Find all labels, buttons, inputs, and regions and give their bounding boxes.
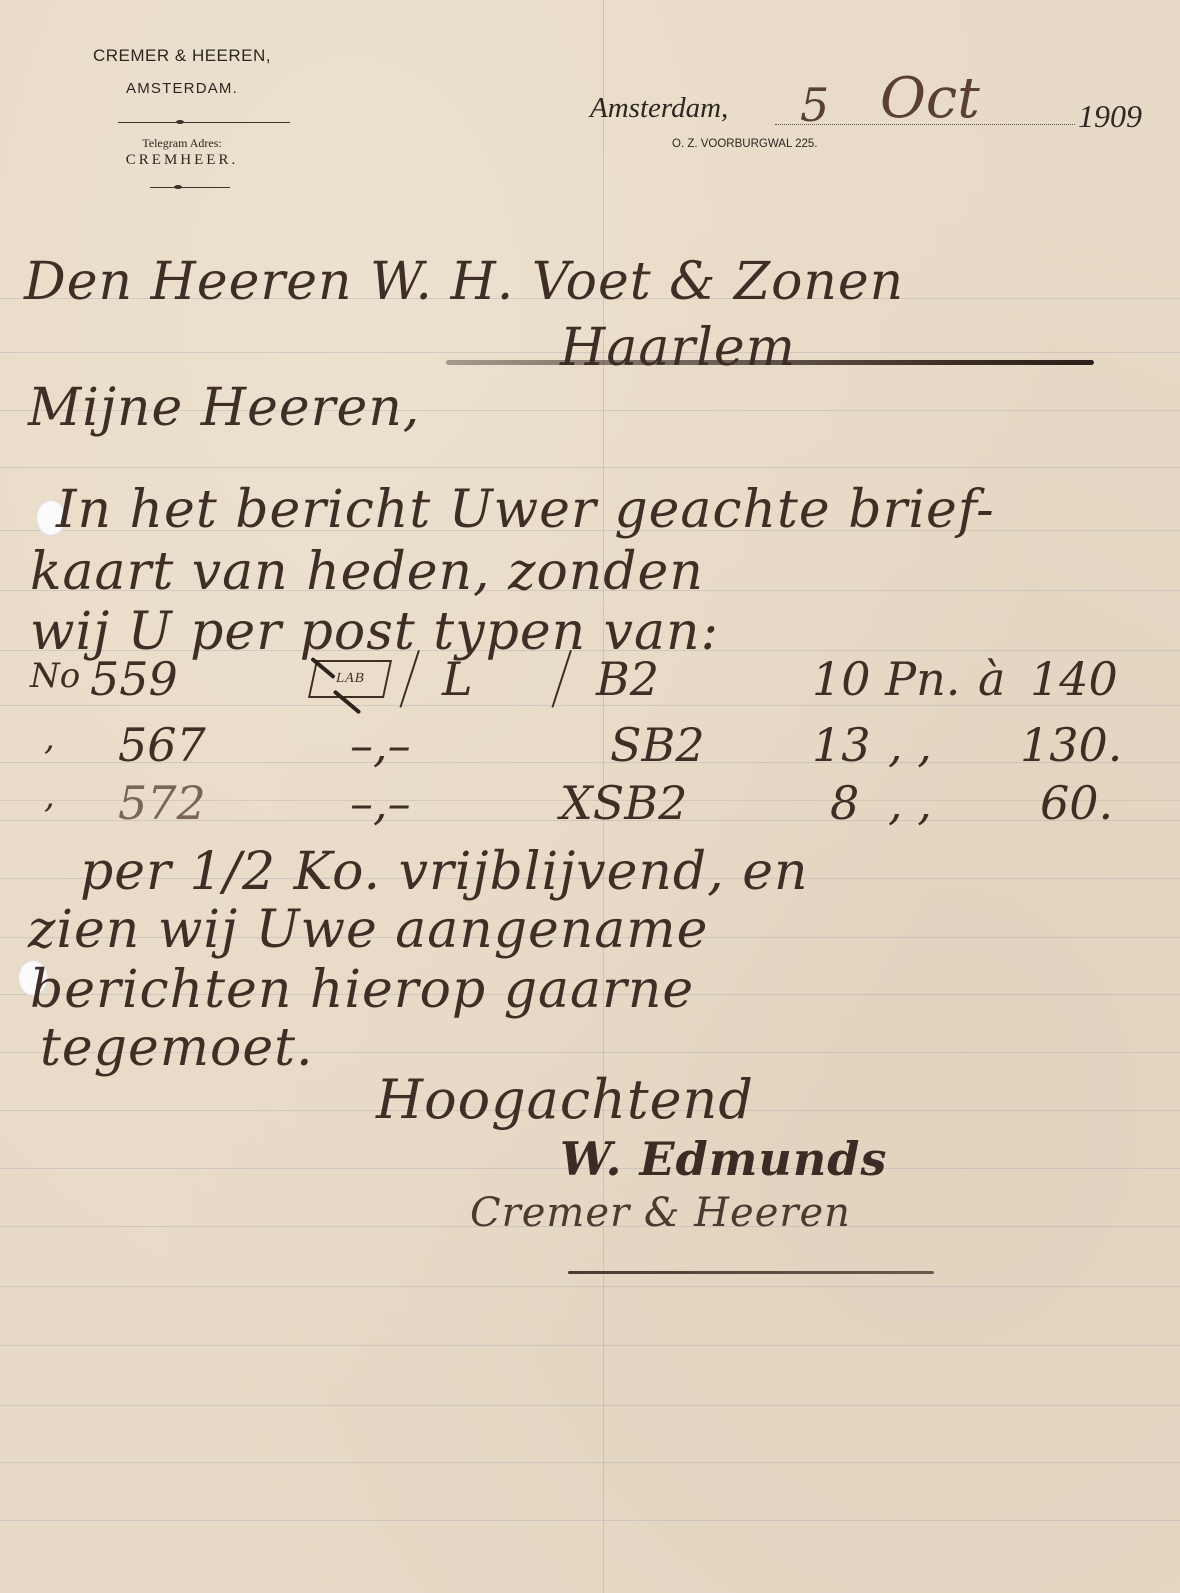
- ornament-icon: [174, 185, 182, 189]
- salutation: Mijne Heeren,: [28, 378, 420, 438]
- body-line: zien wij Uwe aangename: [28, 900, 708, 960]
- order-quantity: 8: [830, 776, 859, 830]
- signature-underline: [568, 1271, 934, 1274]
- order-series: –,–: [350, 718, 411, 772]
- ruled-line: [0, 467, 1180, 468]
- ornament-divider: [150, 187, 230, 188]
- order-price-sep: à: [978, 652, 1005, 706]
- ruled-line: [0, 1286, 1180, 1287]
- signature-firm: Cremer & Heeren: [470, 1190, 851, 1236]
- order-series: –,–: [350, 776, 411, 830]
- street-address: O. Z. VOORBURGWAL 225.: [672, 138, 818, 150]
- firm-name: CREMER & HEEREN,: [42, 46, 322, 66]
- order-prefix: ,: [44, 776, 55, 816]
- order-number: 572: [118, 776, 206, 830]
- telegram-address: CREMHEER.: [42, 152, 322, 169]
- recipient-underline: [446, 360, 1094, 365]
- body-line: tegemoet.: [40, 1018, 314, 1078]
- recipient-name: Den Heeren W. H. Voet & Zonen: [24, 252, 904, 312]
- body-line: per 1/2 Ko. vrijblijvend, en: [80, 842, 808, 902]
- order-price: 140: [1030, 652, 1118, 706]
- order-type: B2: [596, 652, 659, 706]
- date-year: 1909: [1078, 98, 1142, 135]
- order-price-sep: , ,: [888, 718, 932, 772]
- body-line: kaart van heden, zonden: [30, 542, 704, 602]
- order-series: L: [442, 652, 473, 706]
- date-month: Oct: [880, 66, 980, 131]
- closing-phrase: Hoogachtend: [376, 1068, 754, 1131]
- recipient-city: Haarlem: [560, 318, 796, 378]
- body-line: In het bericht Uwer geachte brief-: [56, 480, 995, 540]
- body-line: berichten hierop gaarne: [30, 960, 694, 1020]
- telegram-label: Telegram Adres:: [42, 136, 322, 151]
- firm-city: AMSTERDAM.: [42, 80, 322, 97]
- ornament-icon: [176, 120, 184, 124]
- order-price: 60.: [1040, 776, 1113, 830]
- order-type: XSB2: [560, 776, 687, 830]
- order-price: 130.: [1020, 718, 1122, 772]
- order-type: SB2: [610, 718, 705, 772]
- lab-stamp-label: LAB: [334, 671, 365, 687]
- order-prefix: ,: [44, 718, 55, 758]
- order-quantity: 13: [812, 718, 871, 772]
- ruled-line: [0, 1405, 1180, 1406]
- order-number: 567: [118, 718, 206, 772]
- ruled-line: [0, 1462, 1180, 1463]
- signature: W. Edmunds: [560, 1132, 887, 1186]
- order-quantity: 10 Pn.: [812, 652, 960, 706]
- date-day: 5: [800, 78, 829, 132]
- place-of-writing: Amsterdam,: [590, 92, 728, 125]
- order-number: 559: [90, 652, 178, 706]
- ornament-divider: [118, 122, 290, 123]
- order-prefix: No: [30, 656, 80, 696]
- ruled-line: [0, 1520, 1180, 1521]
- ruled-line: [0, 1345, 1180, 1346]
- order-price-sep: , ,: [888, 776, 932, 830]
